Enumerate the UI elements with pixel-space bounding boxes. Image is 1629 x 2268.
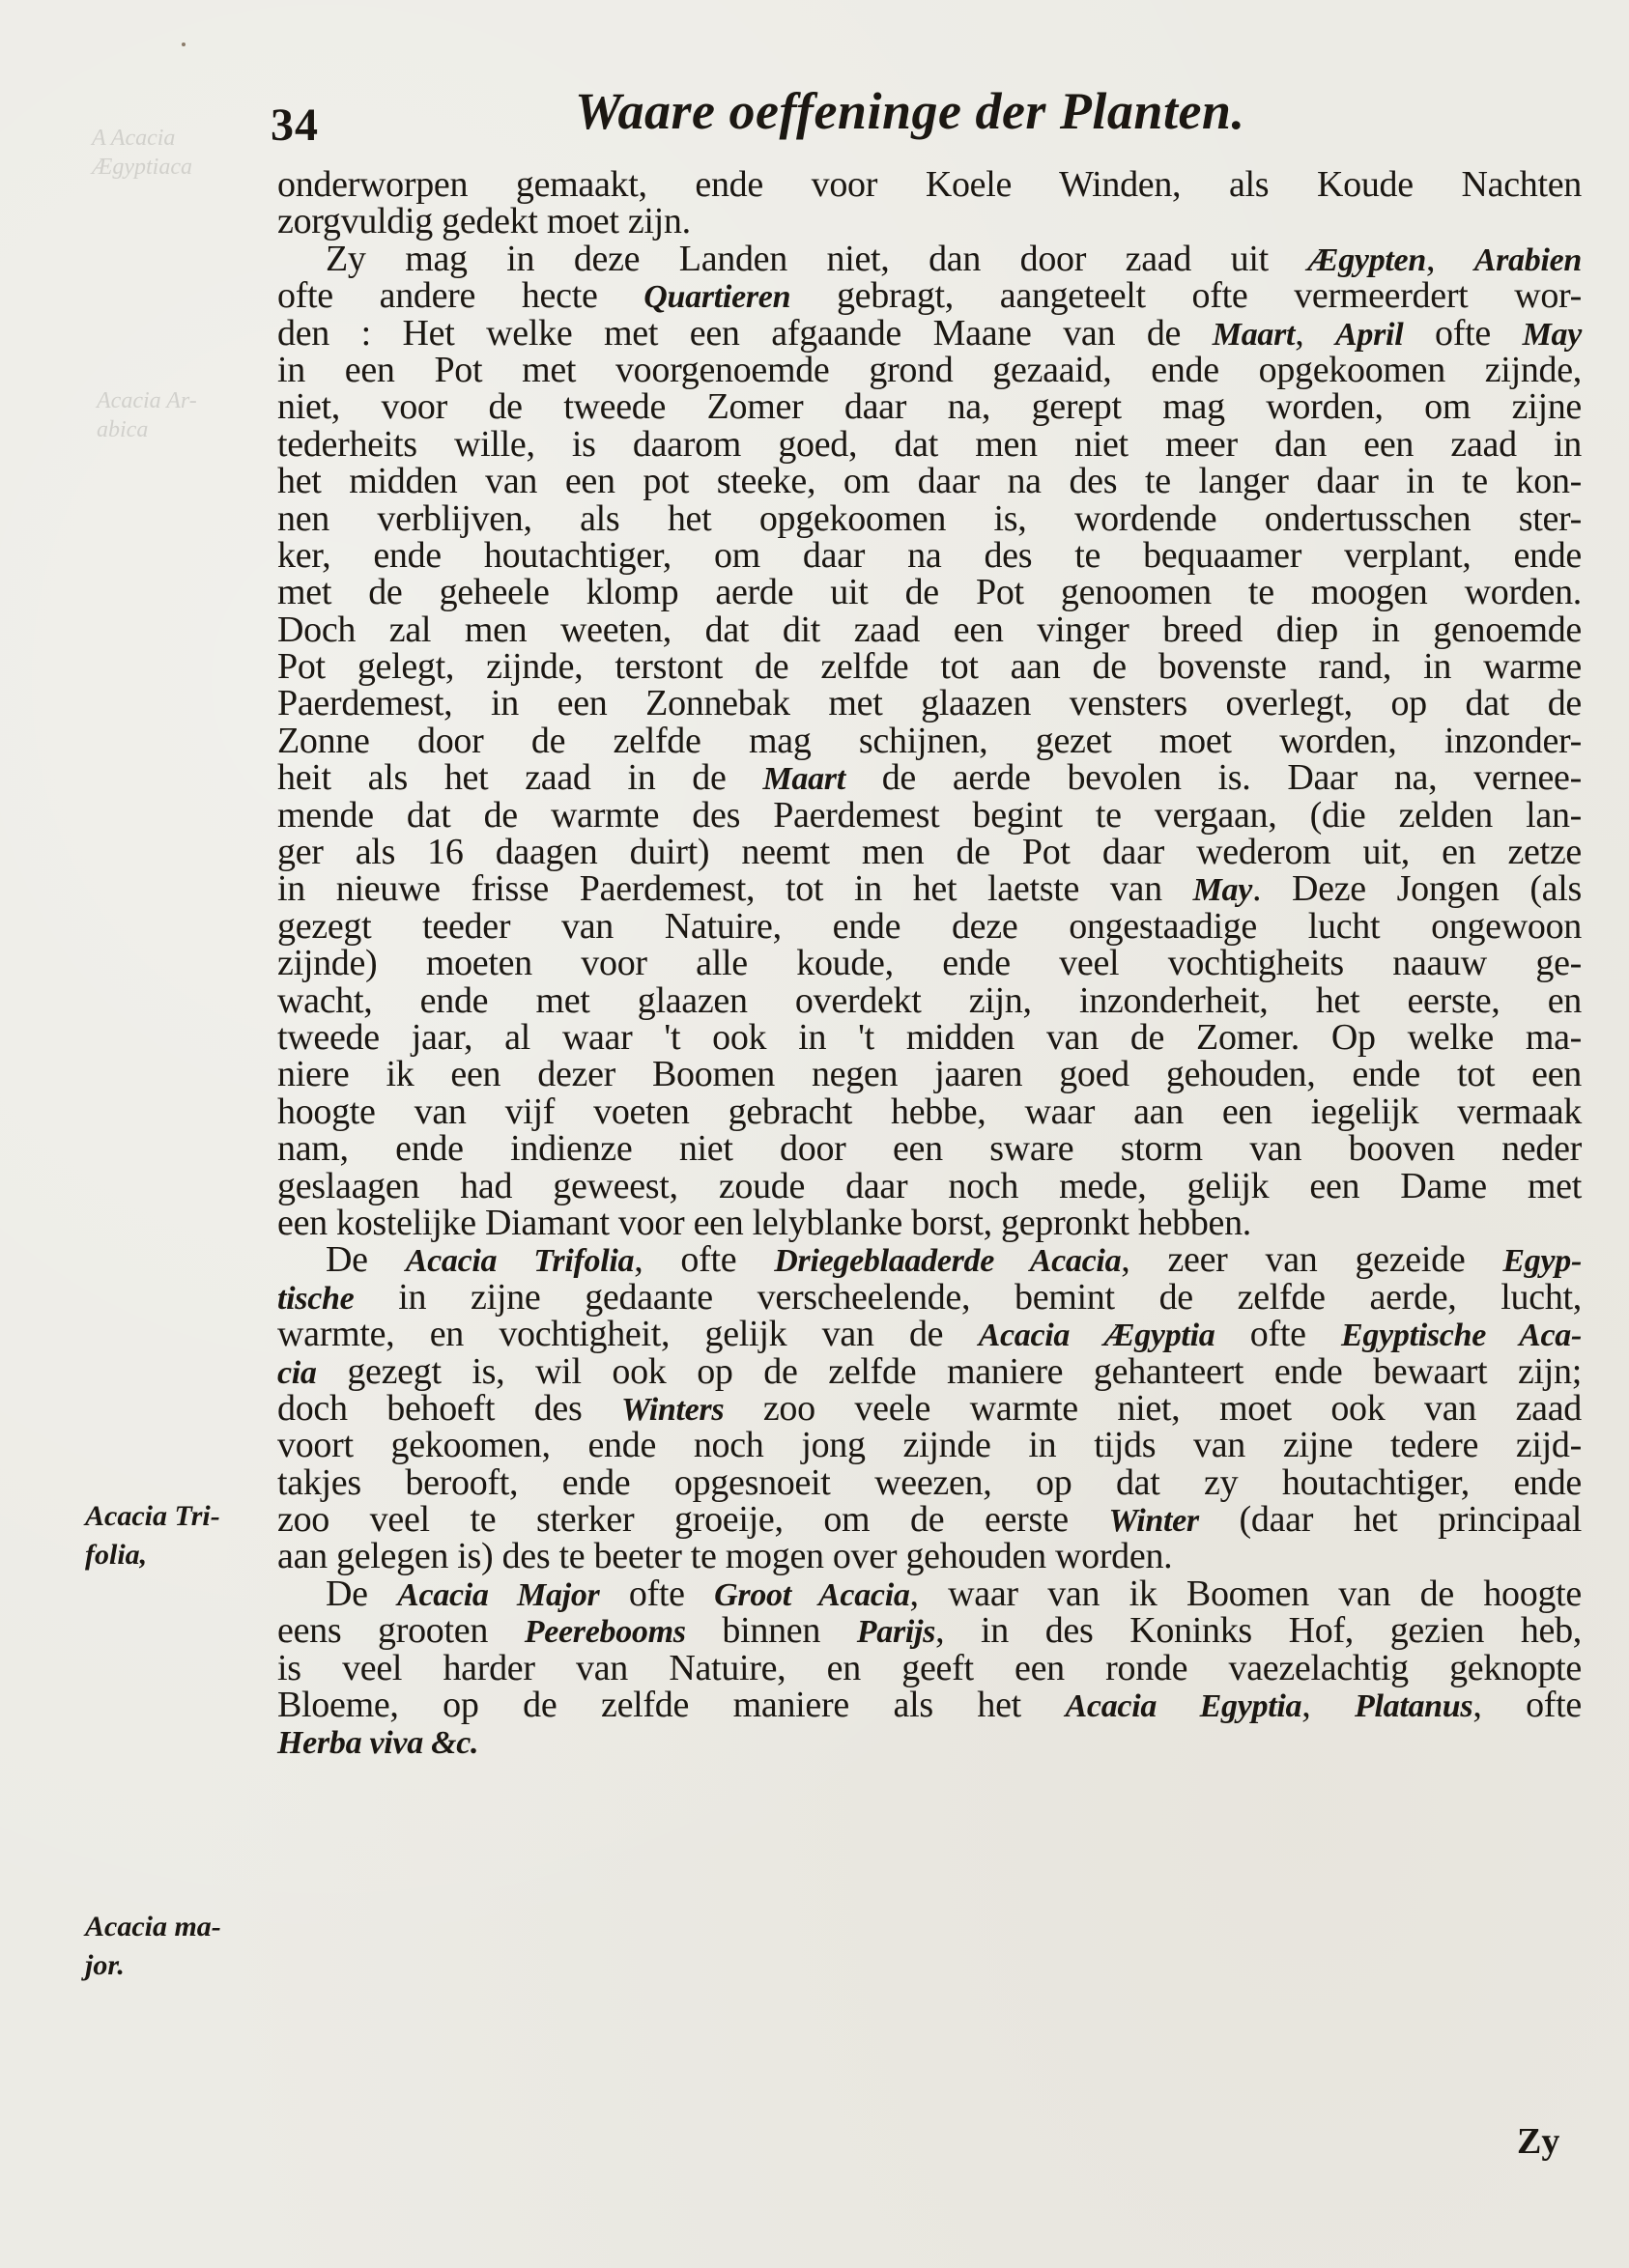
italic-term: Winter [1109, 1503, 1199, 1539]
text-line: in een Pot met voorgenoemde grond gezaai… [277, 352, 1582, 388]
text-segment: , [1426, 239, 1474, 279]
text-segment: doch behoeft des [277, 1388, 621, 1429]
text-segment: tederheits wille, is daarom goed, dat me… [277, 424, 1582, 465]
page-number: 34 [271, 99, 319, 152]
text-segment: binnen [686, 1610, 857, 1651]
text-line: wacht, ende met glaazen overdekt zijn, i… [277, 982, 1582, 1019]
text-segment: ker, ende houtachtiger, om daar na des t… [277, 535, 1582, 576]
text-line: den : Het welke met een afgaande Maane v… [277, 315, 1582, 352]
text-segment: zorgvuldig gedekt moet zijn. [277, 201, 691, 241]
text-line: ger als 16 daagen duirt) neemt men de Po… [277, 834, 1582, 870]
italic-term: cia [277, 1355, 317, 1391]
text-line: mende dat de warmte des Paerdemest begin… [277, 797, 1582, 834]
text-line: tweede jaar, al waar 't ook in 't midden… [277, 1019, 1582, 1056]
text-line: Pot gelegt, zijnde, terstont de zelfde t… [277, 648, 1582, 685]
italic-term: Groot Acacia [714, 1577, 909, 1613]
text-line: heit als het zaad in de Maart de aerde b… [277, 759, 1582, 796]
text-segment: voort gekoomen, ende noch jong zijnde in… [277, 1425, 1582, 1465]
text-segment: Zy mag in deze Landen niet, dan door zaa… [326, 239, 1307, 279]
text-line: De Acacia Major ofte Groot Acacia, waar … [277, 1575, 1582, 1612]
text-line: een kostelijke Diamant voor een lelyblan… [277, 1205, 1582, 1241]
text-segment: aan gelegen is) des te beeter te mogen o… [277, 1536, 1172, 1576]
italic-term: Egyptische Aca- [1341, 1318, 1582, 1353]
text-segment: de aerde bevolen is. Daar na, vernee- [845, 757, 1582, 798]
italic-term: Acacia Ægyptia [979, 1318, 1215, 1353]
text-line: met de geheele klomp aerde uit de Pot ge… [277, 574, 1582, 610]
text-line: warmte, en vochtigheit, gelijk van de Ac… [277, 1316, 1582, 1352]
margin-note-acacia-trifolia: Acacia Tri- folia, [85, 1497, 259, 1574]
text-segment: gezegt is, wil ook op de zelfde maniere … [317, 1351, 1582, 1392]
text-segment: een kostelijke Diamant voor een lelyblan… [277, 1203, 1251, 1243]
text-line: zorgvuldig gedekt moet zijn. [277, 203, 1582, 240]
scanned-page: A AcaciaÆgyptiaca Acacia Ar-abica 34 Waa… [0, 0, 1629, 2268]
text-segment: met de geheele klomp aerde uit de Pot ge… [277, 572, 1582, 612]
text-line: takjes berooft, ende opgesnoeit weezen, … [277, 1464, 1582, 1501]
text-segment: in een Pot met voorgenoemde grond gezaai… [277, 350, 1582, 390]
text-segment: takjes berooft, ende opgesnoeit weezen, … [277, 1462, 1582, 1503]
text-line: ker, ende houtachtiger, om daar na des t… [277, 537, 1582, 574]
italic-term: Maart [1213, 317, 1295, 353]
margin-note-line: Acacia Tri- [85, 1497, 259, 1536]
text-line: aan gelegen is) des te beeter te mogen o… [277, 1538, 1582, 1574]
text-segment: De [326, 1573, 397, 1614]
page-header: 34 Waare oeffeninge der Planten. [271, 81, 1585, 149]
italic-term: Driegeblaaderde Acacia [774, 1243, 1121, 1279]
text-segment: Doch zal men weeten, dat dit zaad een vi… [277, 610, 1582, 650]
text-segment: (daar het principaal [1199, 1499, 1582, 1540]
text-segment: niet, voor de tweede Zomer daar na, gere… [277, 386, 1582, 427]
text-line: gezegt teeder van Natuire, ende deze ong… [277, 908, 1582, 945]
paper-speck [182, 43, 186, 46]
text-segment: onderworpen gemaakt, ende voor Koele Win… [277, 164, 1582, 205]
italic-term: Herba viva &c. [277, 1725, 478, 1761]
text-line: het midden van een pot steeke, om daar n… [277, 463, 1582, 499]
text-line: zijnde) moeten voor alle koude, ende vee… [277, 945, 1582, 981]
running-title: Waare oeffeninge der Planten. [575, 81, 1244, 141]
text-segment: Paerdemest, in een Zonnebak met glaazen … [277, 683, 1582, 723]
text-segment: ofte [1403, 313, 1522, 354]
text-segment: , [1301, 1685, 1355, 1725]
text-segment: gebragt, aangeteelt ofte vermeerdert wor… [790, 275, 1582, 316]
italic-term: Egyp- [1502, 1243, 1582, 1279]
italic-term: Ægypten [1307, 242, 1426, 278]
text-line: Zonne door de zelfde mag schijnen, gezet… [277, 723, 1582, 759]
italic-term: Platanus [1355, 1688, 1472, 1724]
margin-note-line: jor. [85, 1946, 259, 1985]
text-line: hoogte van vijf voeten gebracht hebbe, w… [277, 1093, 1582, 1130]
text-segment: warmte, en vochtigheit, gelijk van de [277, 1314, 979, 1354]
text-segment: mende dat de warmte des Paerdemest begin… [277, 795, 1582, 836]
text-segment: zoo veele warmte niet, moet ook van zaad [724, 1388, 1582, 1429]
text-line: nen verblijven, als het opgekoomen is, w… [277, 500, 1582, 537]
text-segment: in nieuwe frisse Paerdemest, tot in het … [277, 868, 1193, 909]
catchword: Zy [1517, 2120, 1559, 2163]
text-segment: eens grooten [277, 1610, 525, 1651]
text-segment: Bloeme, op de zelfde maniere als het [277, 1685, 1066, 1725]
text-segment: Pot gelegt, zijnde, terstont de zelfde t… [277, 646, 1582, 687]
text-segment: , [1295, 313, 1335, 354]
text-segment: gezegt teeder van Natuire, ende deze ong… [277, 906, 1582, 947]
margin-note-line: folia, [85, 1536, 259, 1574]
text-line: in nieuwe frisse Paerdemest, tot in het … [277, 870, 1582, 907]
text-segment: hoogte van vijf voeten gebracht hebbe, w… [277, 1091, 1582, 1132]
text-segment: zijnde) moeten voor alle koude, ende vee… [277, 943, 1582, 983]
text-line: Bloeme, op de zelfde maniere als het Aca… [277, 1687, 1582, 1723]
text-segment: . Deze Jongen (als [1252, 868, 1582, 909]
bleed-through-note: A AcaciaÆgyptiaca [92, 124, 192, 182]
italic-term: tische [277, 1281, 354, 1317]
text-segment: De [326, 1239, 406, 1280]
text-line: tederheits wille, is daarom goed, dat me… [277, 426, 1582, 463]
text-segment: nam, ende indienze niet door een sware s… [277, 1128, 1582, 1169]
italic-term: Acacia Major [397, 1577, 599, 1613]
text-line: niere ik een dezer Boomen negen jaaren g… [277, 1056, 1582, 1092]
italic-term: Peerebooms [525, 1614, 686, 1650]
text-line: zoo veel te sterker groeije, om de eerst… [277, 1501, 1582, 1538]
bleed-through-note: Acacia Ar-abica [97, 386, 197, 444]
text-line: nam, ende indienze niet door een sware s… [277, 1130, 1582, 1167]
margin-note-line: Acacia ma- [85, 1908, 259, 1946]
text-line: voort gekoomen, ende noch jong zijnde in… [277, 1427, 1582, 1463]
text-line: Zy mag in deze Landen niet, dan door zaa… [277, 241, 1582, 277]
text-line: Paerdemest, in een Zonnebak met glaazen … [277, 685, 1582, 722]
text-line: ofte andere hecte Quartieren gebragt, aa… [277, 277, 1582, 314]
text-segment: Zonne door de zelfde mag schijnen, gezet… [277, 721, 1582, 761]
text-segment: ofte [1215, 1314, 1341, 1354]
text-segment: den : Het welke met een afgaande Maane v… [277, 313, 1213, 354]
text-segment: zoo veel te sterker groeije, om de eerst… [277, 1499, 1109, 1540]
text-segment: wacht, ende met glaazen overdekt zijn, i… [277, 980, 1582, 1021]
body-text: onderworpen gemaakt, ende voor Koele Win… [277, 166, 1582, 1761]
text-line: Doch zal men weeten, dat dit zaad een vi… [277, 611, 1582, 648]
text-segment: heit als het zaad in de [277, 757, 762, 798]
text-line: cia gezegt is, wil ook op de zelfde mani… [277, 1353, 1582, 1390]
text-segment: , ofte [1472, 1685, 1582, 1725]
text-line: doch behoeft des Winters zoo veele warmt… [277, 1390, 1582, 1427]
text-segment: ofte [599, 1573, 714, 1614]
text-segment: ger als 16 daagen duirt) neemt men de Po… [277, 832, 1582, 872]
text-line: eens grooten Peerebooms binnen Parijs, i… [277, 1612, 1582, 1649]
italic-term: Parijs [857, 1614, 935, 1650]
italic-term: Quartieren [643, 279, 790, 315]
italic-term: May [1193, 872, 1252, 908]
text-line: is veel harder van Natuire, en geeft een… [277, 1650, 1582, 1687]
text-segment: nen verblijven, als het opgekoomen is, w… [277, 498, 1582, 539]
text-segment: , waar van ik Boomen van de hoogte [910, 1573, 1582, 1614]
text-segment: geslaagen had geweest, zoude daar noch m… [277, 1166, 1582, 1206]
text-line: De Acacia Trifolia, ofte Driegeblaaderde… [277, 1241, 1582, 1278]
text-segment: het midden van een pot steeke, om daar n… [277, 461, 1582, 501]
text-segment: tweede jaar, al waar 't ook in 't midden… [277, 1017, 1582, 1058]
italic-term: Maart [762, 761, 844, 797]
text-line: onderworpen gemaakt, ende voor Koele Win… [277, 166, 1582, 203]
text-segment: niere ik een dezer Boomen negen jaaren g… [277, 1054, 1582, 1094]
text-segment: ofte andere hecte [277, 275, 643, 316]
text-line: Herba viva &c. [277, 1723, 1582, 1760]
italic-term: Acacia Trifolia [406, 1243, 635, 1279]
text-line: niet, voor de tweede Zomer daar na, gere… [277, 388, 1582, 425]
text-segment: in zijne gedaante verscheelende, bemint … [354, 1277, 1582, 1318]
text-segment: , ofte [634, 1239, 774, 1280]
italic-term: Acacia Egyptia [1066, 1688, 1302, 1724]
italic-term: Winters [621, 1392, 724, 1428]
text-line: geslaagen had geweest, zoude daar noch m… [277, 1168, 1582, 1205]
italic-term: Arabien [1474, 242, 1582, 278]
text-segment: , in des Koninks Hof, gezien heb, [935, 1610, 1582, 1651]
text-line: tische in zijne gedaante verscheelende, … [277, 1279, 1582, 1316]
text-segment: , zeer van gezeide [1121, 1239, 1502, 1280]
italic-term: May [1523, 317, 1582, 353]
italic-term: April [1335, 317, 1403, 353]
text-segment: is veel harder van Natuire, en geeft een… [277, 1648, 1582, 1688]
margin-note-acacia-major: Acacia ma- jor. [85, 1908, 259, 1985]
